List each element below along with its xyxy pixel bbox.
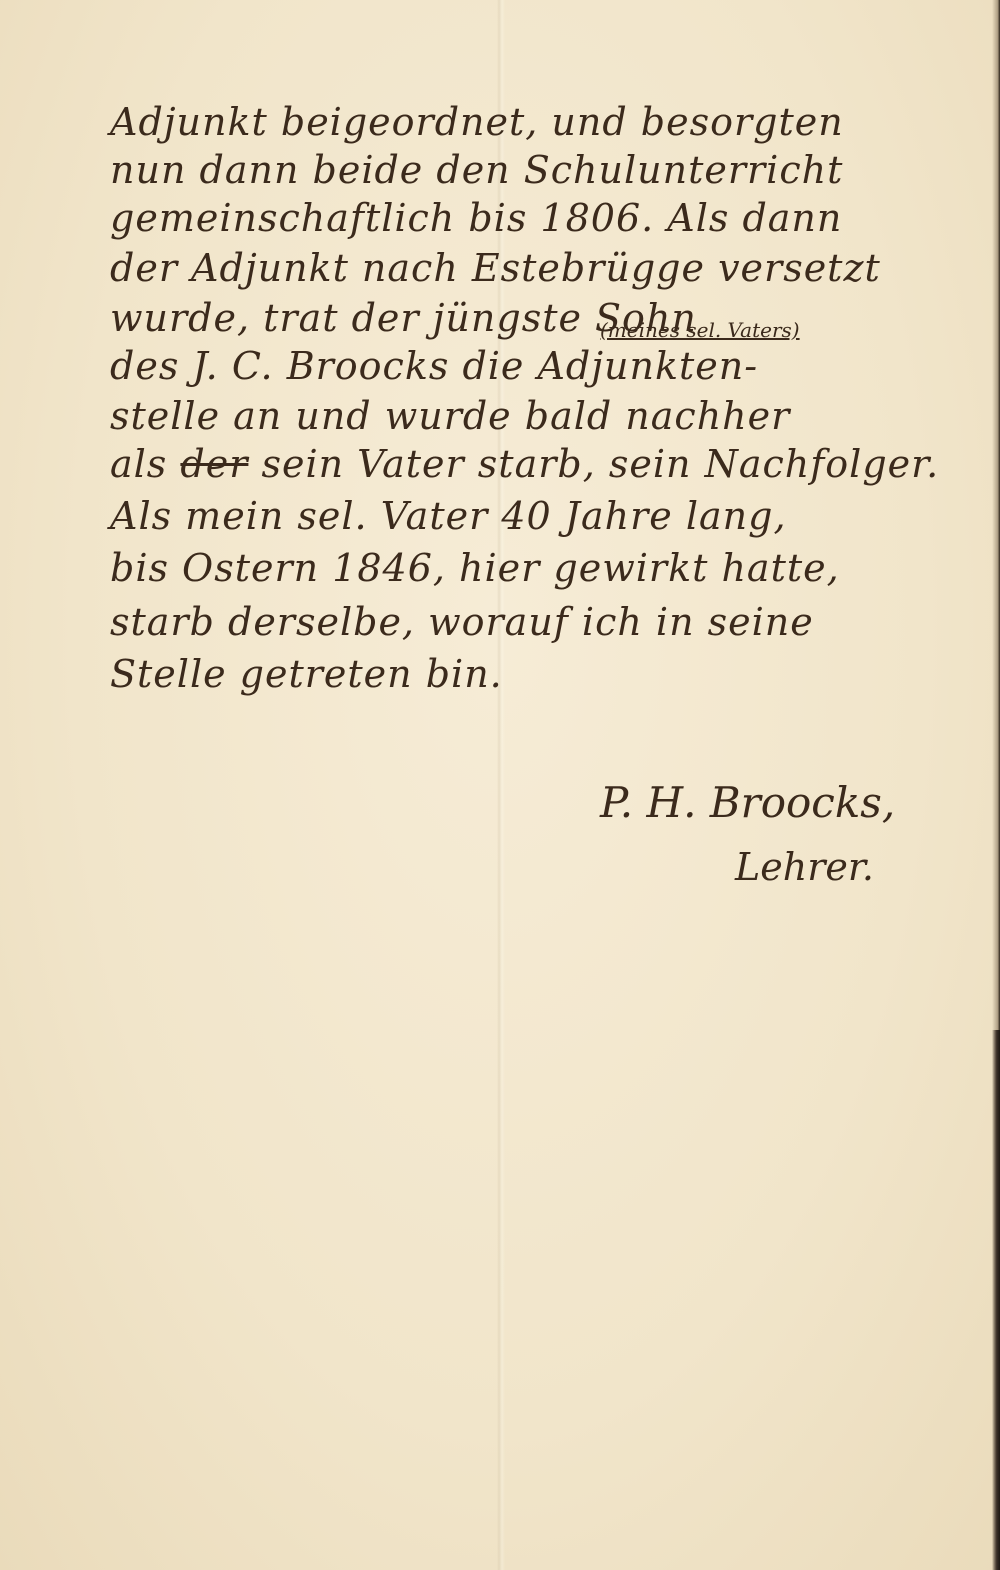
text-line-10: bis Ostern 1846, hier gewirkt hatte, bbox=[110, 546, 840, 590]
page-edge-shadow-lower bbox=[992, 1030, 1000, 1570]
text-line-9: Als mein sel. Vater 40 Jahre lang, bbox=[110, 494, 787, 538]
text-line-11: starb derselbe, worauf ich in seine bbox=[110, 600, 814, 644]
text-line-2: nun dann beide den Schulunterricht bbox=[110, 148, 843, 192]
text-line-8: als der sein Vater starb, sein Nachfolge… bbox=[110, 442, 939, 486]
text-line-1: Adjunkt beigeordnet, und besorgten bbox=[110, 100, 844, 144]
interlinear-insertion: (meines sel. Vaters) bbox=[600, 318, 800, 342]
signature-title: Lehrer. bbox=[735, 845, 874, 889]
document-page: Adjunkt beigeordnet, und besorgten nun d… bbox=[0, 0, 1000, 1570]
signature-name: P. H. Broocks, bbox=[600, 778, 895, 827]
text-line-7: stelle an und wurde bald nachher bbox=[110, 394, 790, 438]
text-line-6: des J. C. Broocks die Adjunkten- bbox=[110, 344, 758, 388]
text-line-8-start: als bbox=[110, 442, 167, 486]
text-line-8-rest: sein Vater starb, sein Nachfolger. bbox=[261, 442, 939, 486]
text-line-3: gemeinschaftlich bis 1806. Als dann bbox=[110, 196, 842, 240]
text-line-4: der Adjunkt nach Estebrügge versetzt bbox=[110, 246, 881, 290]
text-line-12: Stelle getreten bin. bbox=[110, 652, 503, 696]
struck-word: der bbox=[180, 442, 248, 486]
